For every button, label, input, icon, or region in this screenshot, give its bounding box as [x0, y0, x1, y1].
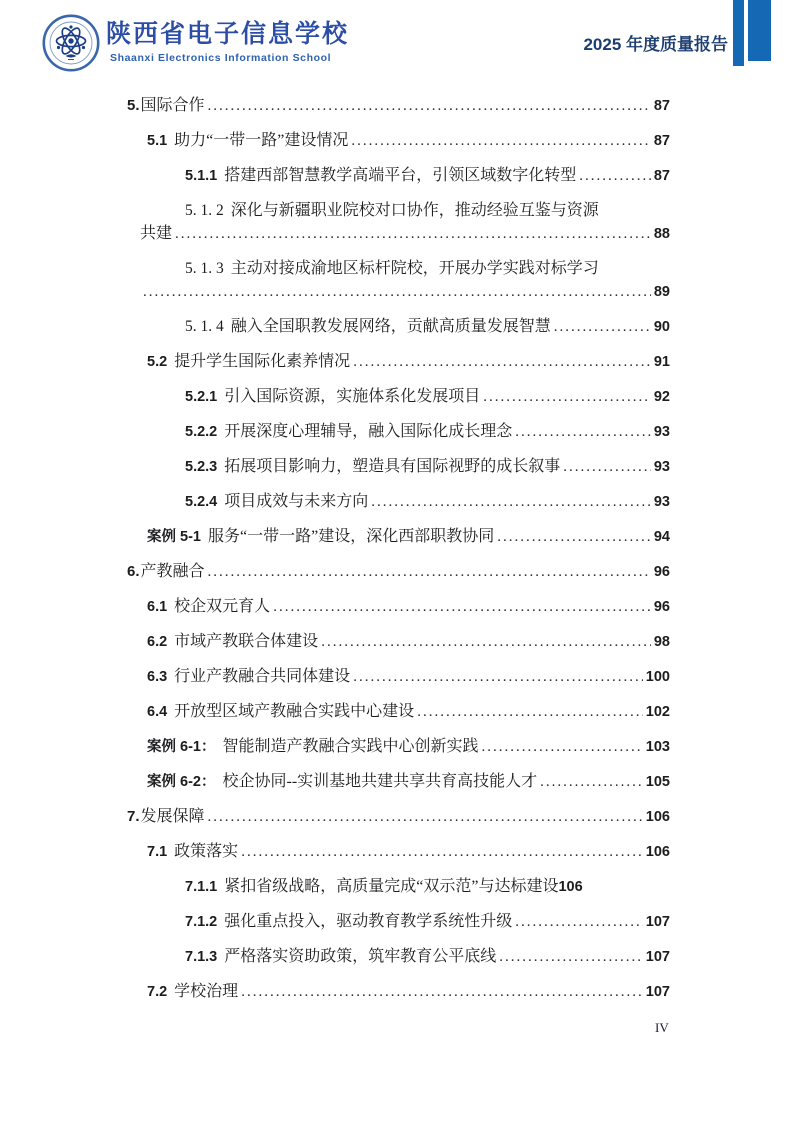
toc-entry-number: 7.2 — [147, 981, 167, 1004]
toc-dot-leader — [371, 490, 651, 514]
toc-entry-title: 引入国际资源，实施体系化发展项目 — [224, 385, 480, 408]
toc-dot-leader — [273, 595, 651, 619]
toc-entry: 6. 产教融合 96 — [127, 560, 670, 584]
toc-entry-number: 5. 1. 3 — [185, 257, 224, 280]
toc-entry-number: 案例 6-2： — [147, 771, 216, 794]
toc-entry-line: 6.4 开放型区域产教融合实践中心建设 102 — [127, 700, 670, 724]
toc-page-number: 106 — [646, 806, 670, 829]
toc-entry: 6.2 市域产教联合体建设 98 — [127, 630, 670, 654]
toc-entry-line: 5. 1. 2 深化与新疆职业院校对口协作，推动经验互鉴与资源 — [127, 199, 670, 222]
toc-page-number: 87 — [654, 95, 670, 118]
toc-entry: 7.1.1 紧扣省级战略，高质量完成“双示范”与达标建设 106 — [127, 875, 670, 899]
toc-entry-line: 5.2.2 开展深度心理辅导，融入国际化成长理念 93 — [127, 420, 670, 444]
school-name-chinese: 陕西省电子信息学校 — [106, 14, 349, 50]
toc-entry-title: 拓展项目影响力，塑造具有国际视野的成长叙事 — [224, 455, 560, 478]
toc-entry-line: 5.2 提升学生国际化素养情况 91 — [127, 350, 670, 374]
toc-page-number: 107 — [646, 946, 670, 969]
toc-page-number: 93 — [654, 421, 670, 444]
header-accent-bar-wide — [748, 0, 771, 61]
toc-entry-line: 5.2.1 引入国际资源，实施体系化发展项目 92 — [127, 385, 670, 409]
toc-entry-line: 6. 产教融合 96 — [127, 560, 670, 584]
toc-entry: 5.2 提升学生国际化素养情况 91 — [127, 350, 670, 374]
toc-dot-leader — [497, 525, 651, 549]
toc-entry: 7. 发展保障 106 — [127, 805, 670, 829]
toc-entry-title: 智能制造产教融合实践中心创新实践 — [223, 735, 479, 758]
toc-page-number: 93 — [654, 491, 670, 514]
toc-page-number: 107 — [646, 911, 670, 934]
toc-dot-leader — [351, 129, 650, 153]
toc-entry-title: 严格落实资助政策，筑牢教育公平底线 — [224, 945, 496, 968]
toc-entry-number: 5.2.2 — [185, 421, 217, 444]
toc-entry-line: 6.3 行业产教融合共同体建设 100 — [127, 665, 670, 689]
toc-dot-leader — [143, 280, 651, 304]
toc-entry-continuation: 共建88 — [127, 222, 670, 246]
toc-entry-number: 案例 6-1： — [147, 736, 216, 759]
toc-entry-number: 案例 5-1 — [147, 526, 201, 549]
toc-entry-line: 案例 5-1 服务“一带一路”建设，深化西部职教协同 94 — [127, 525, 670, 549]
toc-entry-number: 6. — [127, 560, 140, 583]
toc-entry-number: 7.1.2 — [185, 911, 217, 934]
toc-entry: 6.4 开放型区域产教融合实践中心建设 102 — [127, 700, 670, 724]
toc-entry: 5.2.4 项目成效与未来方向 93 — [127, 490, 670, 514]
toc-page-number: 100 — [646, 666, 670, 689]
toc-entry-number: 6.1 — [147, 596, 167, 619]
toc-entry-line: 案例 6-2： 校企协同--实训基地共建共享共育高技能人才 105 — [127, 770, 670, 794]
toc-entry-line: 案例 6-1： 智能制造产教融合实践中心创新实践 103 — [127, 735, 670, 759]
toc-entry-line: 5. 1. 3 主动对接成渝地区标杆院校，开展办学实践对标学习 — [127, 257, 670, 280]
toc-entry-title: 搭建西部智慧教学高端平台，引领区域数字化转型 — [224, 164, 576, 187]
toc-dot-leader — [515, 910, 643, 934]
toc-entry-number: 6.2 — [147, 631, 167, 654]
toc-dot-leader — [353, 665, 643, 689]
toc-entry: 5. 1. 4 融入全国职教发展网络，贡献高质量发展智慧 90 — [127, 315, 670, 339]
toc-entry-title: 行业产教融合共同体建设 — [174, 665, 350, 688]
toc-entry: 5. 1. 2 深化与新疆职业院校对口协作，推动经验互鉴与资源 共建88 — [127, 199, 670, 246]
toc-entry-title: 政策落实 — [174, 840, 238, 863]
footer-page-number: IV — [655, 1020, 669, 1036]
toc-entry-number: 7.1.1 — [185, 876, 217, 899]
toc-entry-number: 6.4 — [147, 701, 167, 724]
toc-entry-title: 服务“一带一路”建设，深化西部职教协同 — [208, 525, 494, 548]
toc-entry-number: 5. — [127, 94, 140, 117]
toc-entry-line: 7.1.3 严格落实资助政策，筑牢教育公平底线 107 — [127, 945, 670, 969]
toc-dot-leader — [482, 735, 643, 759]
toc-dot-leader — [208, 94, 651, 118]
toc-entry-title: 校企双元育人 — [174, 595, 270, 618]
toc-entry-title: 学校治理 — [174, 980, 238, 1003]
toc-entry-number: 6.3 — [147, 666, 167, 689]
toc-entry-line: 7.2 学校治理 107 — [127, 980, 670, 1004]
toc-entry-line: 5.1.1 搭建西部智慧教学高端平台，引领区域数字化转型 87 — [127, 164, 670, 188]
toc-page-number: 98 — [654, 631, 670, 654]
toc-entry-title: 校企协同--实训基地共建共享共育高技能人才 — [223, 770, 538, 793]
toc-page-number: 106 — [558, 876, 582, 899]
toc-entry-line: 6.1 校企双元育人 96 — [127, 595, 670, 619]
toc-page-number: 93 — [654, 456, 670, 479]
toc-page-number: 103 — [646, 736, 670, 759]
toc-entry-number: 7.1.3 — [185, 946, 217, 969]
toc-entry: 6.3 行业产教融合共同体建设 100 — [127, 665, 670, 689]
toc-dot-leader — [208, 805, 643, 829]
toc-entry-continuation: 89 — [127, 280, 670, 304]
toc-entry: 案例 5-1 服务“一带一路”建设，深化西部职教协同 94 — [127, 525, 670, 549]
toc-entry: 案例 6-1： 智能制造产教融合实践中心创新实践 103 — [127, 735, 670, 759]
toc-entry: 7.1 政策落实 106 — [127, 840, 670, 864]
toc-entry-number: 5. 1. 4 — [185, 315, 224, 338]
toc-entry-title: 提升学生国际化素养情况 — [174, 350, 350, 373]
toc-entry-number: 5.1 — [147, 130, 167, 153]
toc-entry: 5.1 助力“一带一路”建设情况 87 — [127, 129, 670, 153]
toc-entry-title: 强化重点投入，驱动教育教学系统性升级 — [224, 910, 512, 933]
toc-entry: 7.1.2 强化重点投入，驱动教育教学系统性升级 107 — [127, 910, 670, 934]
toc-dot-leader — [540, 770, 643, 794]
toc-entry-title: 深化与新疆职业院校对口协作，推动经验互鉴与资源 — [231, 199, 599, 222]
toc-dot-leader — [417, 700, 643, 724]
toc-entry-number: 5.2.1 — [185, 386, 217, 409]
toc-page-number: 106 — [646, 841, 670, 864]
toc-entry-title: 国际合作 — [141, 94, 205, 117]
toc-entry-title: 紧扣省级战略，高质量完成“双示范”与达标建设 — [224, 875, 558, 898]
toc-entry-number: 7.1 — [147, 841, 167, 864]
toc-dot-leader — [321, 630, 651, 654]
toc-entry-title: 产教融合 — [141, 560, 205, 583]
school-logo-atom-icon — [42, 14, 100, 72]
toc-entry: 5. 国际合作 87 — [127, 94, 670, 118]
toc-page-number: 91 — [654, 351, 670, 374]
toc: 5. 国际合作 87 5.1 助力“一带一路”建设情况 87 5.1.1 搭建西… — [127, 94, 670, 1015]
toc-entry-line: 5.2.4 项目成效与未来方向 93 — [127, 490, 670, 514]
toc-entry: 6.1 校企双元育人 96 — [127, 595, 670, 619]
toc-entry-title: 开放型区域产教融合实践中心建设 — [174, 700, 414, 723]
toc-entry: 7.2 学校治理 107 — [127, 980, 670, 1004]
toc-entry: 5.1.1 搭建西部智慧教学高端平台，引领区域数字化转型 87 — [127, 164, 670, 188]
toc-page-number: 96 — [654, 561, 670, 584]
toc-dot-leader — [515, 420, 651, 444]
toc-entry-line: 7. 发展保障 106 — [127, 805, 670, 829]
toc-entry-title: 市域产教联合体建设 — [174, 630, 318, 653]
toc-entry: 5. 1. 3 主动对接成渝地区标杆院校，开展办学实践对标学习 89 — [127, 257, 670, 304]
toc-page-number: 87 — [654, 165, 670, 188]
toc-entry-line: 6.2 市域产教联合体建设 98 — [127, 630, 670, 654]
toc-page-number: 96 — [654, 596, 670, 619]
toc-dot-leader — [483, 385, 651, 409]
toc-page-number: 107 — [646, 981, 670, 1004]
toc-page-number: 102 — [646, 701, 670, 724]
toc-entry-line: 5.2.3 拓展项目影响力，塑造具有国际视野的成长叙事 93 — [127, 455, 670, 479]
toc-page-number: 94 — [654, 526, 670, 549]
toc-page-number: 105 — [646, 771, 670, 794]
toc-dot-leader — [579, 164, 651, 188]
toc-dot-leader — [208, 560, 651, 584]
toc-entry-title: 项目成效与未来方向 — [224, 490, 368, 513]
toc-entry-line: 7.1.2 强化重点投入，驱动教育教学系统性升级 107 — [127, 910, 670, 934]
toc-entry-number: 5.2.4 — [185, 491, 217, 514]
document-page: 陕西省电子信息学校 Shaanxi Electronics Informatio… — [0, 0, 794, 1123]
toc-entry: 7.1.3 严格落实资助政策，筑牢教育公平底线 107 — [127, 945, 670, 969]
toc-entry-number: 5. 1. 2 — [185, 199, 224, 222]
toc-entry-number: 5.1.1 — [185, 165, 217, 188]
toc-entry-number: 5.2.3 — [185, 456, 217, 479]
toc-dot-leader — [241, 840, 643, 864]
page-header: 陕西省电子信息学校 Shaanxi Electronics Informatio… — [0, 0, 794, 90]
toc-continuation-text: 共建 — [140, 222, 172, 245]
toc-dot-leader — [563, 455, 651, 479]
toc-entry: 案例 6-2： 校企协同--实训基地共建共享共育高技能人才 105 — [127, 770, 670, 794]
toc-entry-line: 5. 1. 4 融入全国职教发展网络，贡献高质量发展智慧 90 — [127, 315, 670, 339]
toc-entry: 5.2.3 拓展项目影响力，塑造具有国际视野的成长叙事 93 — [127, 455, 670, 479]
toc-dot-leader — [175, 222, 651, 246]
toc-entry-number: 5.2 — [147, 351, 167, 374]
toc-page-number: 90 — [654, 316, 670, 339]
toc-page-number: 89 — [654, 281, 670, 304]
toc-entry-title: 主动对接成渝地区标杆院校，开展办学实践对标学习 — [231, 257, 599, 280]
toc-dot-leader — [554, 315, 651, 339]
report-title: 2025 年度质量报告 — [583, 30, 728, 55]
toc-page-number: 88 — [654, 223, 670, 246]
school-name-english: Shaanxi Electronics Information School — [110, 52, 331, 64]
toc-entry-line: 7.1 政策落实 106 — [127, 840, 670, 864]
toc-entry: 5.2.1 引入国际资源，实施体系化发展项目 92 — [127, 385, 670, 409]
toc-entry-line: 7.1.1 紧扣省级战略，高质量完成“双示范”与达标建设 106 — [127, 875, 670, 899]
toc-page-number: 92 — [654, 386, 670, 409]
toc-entry-number: 7. — [127, 805, 140, 828]
toc-entry-title: 发展保障 — [141, 805, 205, 828]
toc-dot-leader — [353, 350, 651, 374]
toc-dot-leader — [241, 980, 643, 1004]
toc-entry-line: 5. 国际合作 87 — [127, 94, 670, 118]
toc-page-number: 87 — [654, 130, 670, 153]
toc-entry-title: 开展深度心理辅导，融入国际化成长理念 — [224, 420, 512, 443]
toc-entry: 5.2.2 开展深度心理辅导，融入国际化成长理念 93 — [127, 420, 670, 444]
toc-entry-line: 5.1 助力“一带一路”建设情况 87 — [127, 129, 670, 153]
toc-dot-leader — [499, 945, 643, 969]
header-accent-bar-narrow — [733, 0, 744, 66]
toc-entry-title: 融入全国职教发展网络，贡献高质量发展智慧 — [231, 315, 551, 338]
toc-entry-title: 助力“一带一路”建设情况 — [174, 129, 348, 152]
